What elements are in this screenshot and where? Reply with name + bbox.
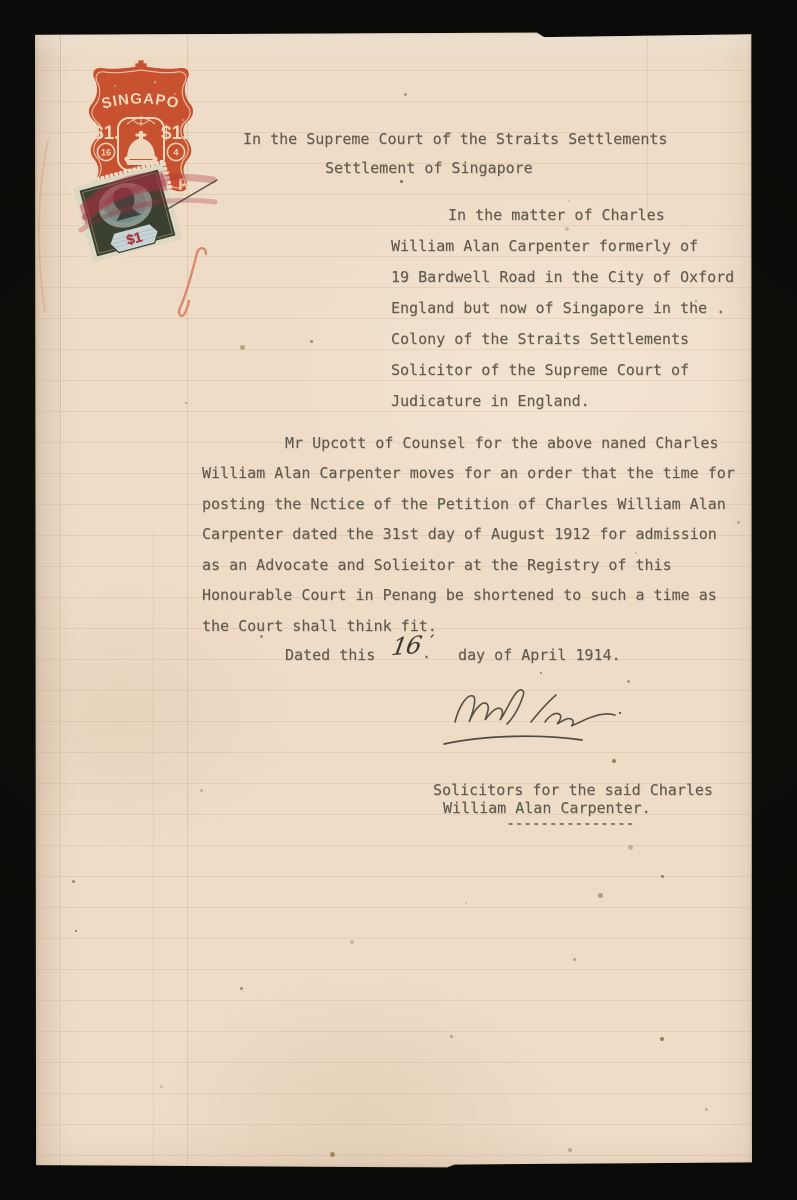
red-pencil-tick [175, 242, 219, 328]
foxing-spot [310, 340, 313, 343]
foxing-spot [628, 845, 633, 850]
motion-line: Honourable Court in Penang be shortened … [202, 586, 717, 604]
attestation-dashes: --------------- [506, 814, 634, 832]
motion-line: Carpenter dated the 31st day of August 1… [202, 525, 717, 543]
date-circle-left-text: 16 [101, 148, 111, 158]
foxing-spot [200, 789, 203, 792]
foxing-spot [565, 227, 569, 231]
photo-backdrop: SINGAPORE $1. $1. 16 4 O R [0, 0, 797, 1200]
vertical-fold-line-lower [153, 532, 154, 1168]
foxing-spot [400, 180, 403, 183]
foxing-spot [160, 1085, 163, 1088]
matter-line: England but now of Singapore in the . [391, 299, 725, 317]
court-title: In the Supreme Court of the Straits Sett… [243, 130, 667, 148]
foxing-spot [404, 93, 407, 96]
foxing-spot [627, 680, 630, 683]
vertical-fold-line [60, 32, 61, 1168]
motion-line: Mr Upcott of Counsel for the above naned… [285, 434, 718, 452]
date-circle-right-text: 4 [173, 148, 178, 158]
foxing-spot [612, 759, 616, 763]
pen-cancellation-stroke [155, 172, 225, 217]
foxing-spot [240, 345, 245, 350]
foxing-spot [350, 940, 354, 944]
foxing-spot [330, 1152, 335, 1157]
motion-line: posting the Nctice of the Petition of Ch… [202, 495, 726, 513]
foxing-spot [465, 902, 467, 904]
matter-line: Colony of the Straits Settlements [391, 330, 689, 348]
top-crease [647, 32, 648, 214]
signature-underline [441, 732, 586, 748]
motion-line: as an Advocate and Solieitor at the Regi… [202, 556, 672, 574]
foxing-spot [661, 875, 664, 878]
motion-line: William Alan Carpenter moves for an orde… [202, 464, 735, 482]
matter-line: 19 Bardwell Road in the City of Oxford [391, 268, 734, 286]
red-edge-mark [35, 132, 55, 322]
foxing-spot [450, 1035, 453, 1038]
attestation-line: Solicitors for the said Charles [433, 781, 713, 799]
foxing-spot [705, 1108, 708, 1111]
foxing-spot [260, 635, 263, 638]
matter-line: Solicitor of the Supreme Court of [391, 361, 689, 379]
foxing-spot [660, 1037, 664, 1041]
foxing-spot [540, 672, 542, 674]
foxing-spot [598, 893, 603, 898]
settlement-subtitle: Settlement of Singapore [325, 159, 533, 177]
foxing-spot [568, 200, 570, 202]
foxing-spot [75, 930, 77, 932]
stamp-value-left: $1. [93, 123, 119, 144]
matter-line: William Alan Carpenter formerly of [391, 237, 698, 255]
dated-prefix: Dated this [285, 646, 375, 664]
foxing-spot [568, 1148, 572, 1152]
foxing-spot [573, 958, 576, 961]
foxing-spot [635, 552, 637, 554]
matter-line: Judicature in England. [391, 392, 590, 410]
handwritten-day: 16 [389, 631, 423, 661]
document-page: SINGAPORE $1. $1. 16 4 O R [35, 32, 752, 1168]
foxing-spot [72, 880, 75, 883]
foxing-spot [737, 521, 740, 524]
dated-suffix: day of April 1914. [458, 646, 621, 664]
matter-line: In the matter of Charles [448, 206, 665, 224]
foxing-spot [185, 402, 187, 404]
foxing-spot [240, 987, 243, 990]
signature-scribble [447, 682, 627, 732]
